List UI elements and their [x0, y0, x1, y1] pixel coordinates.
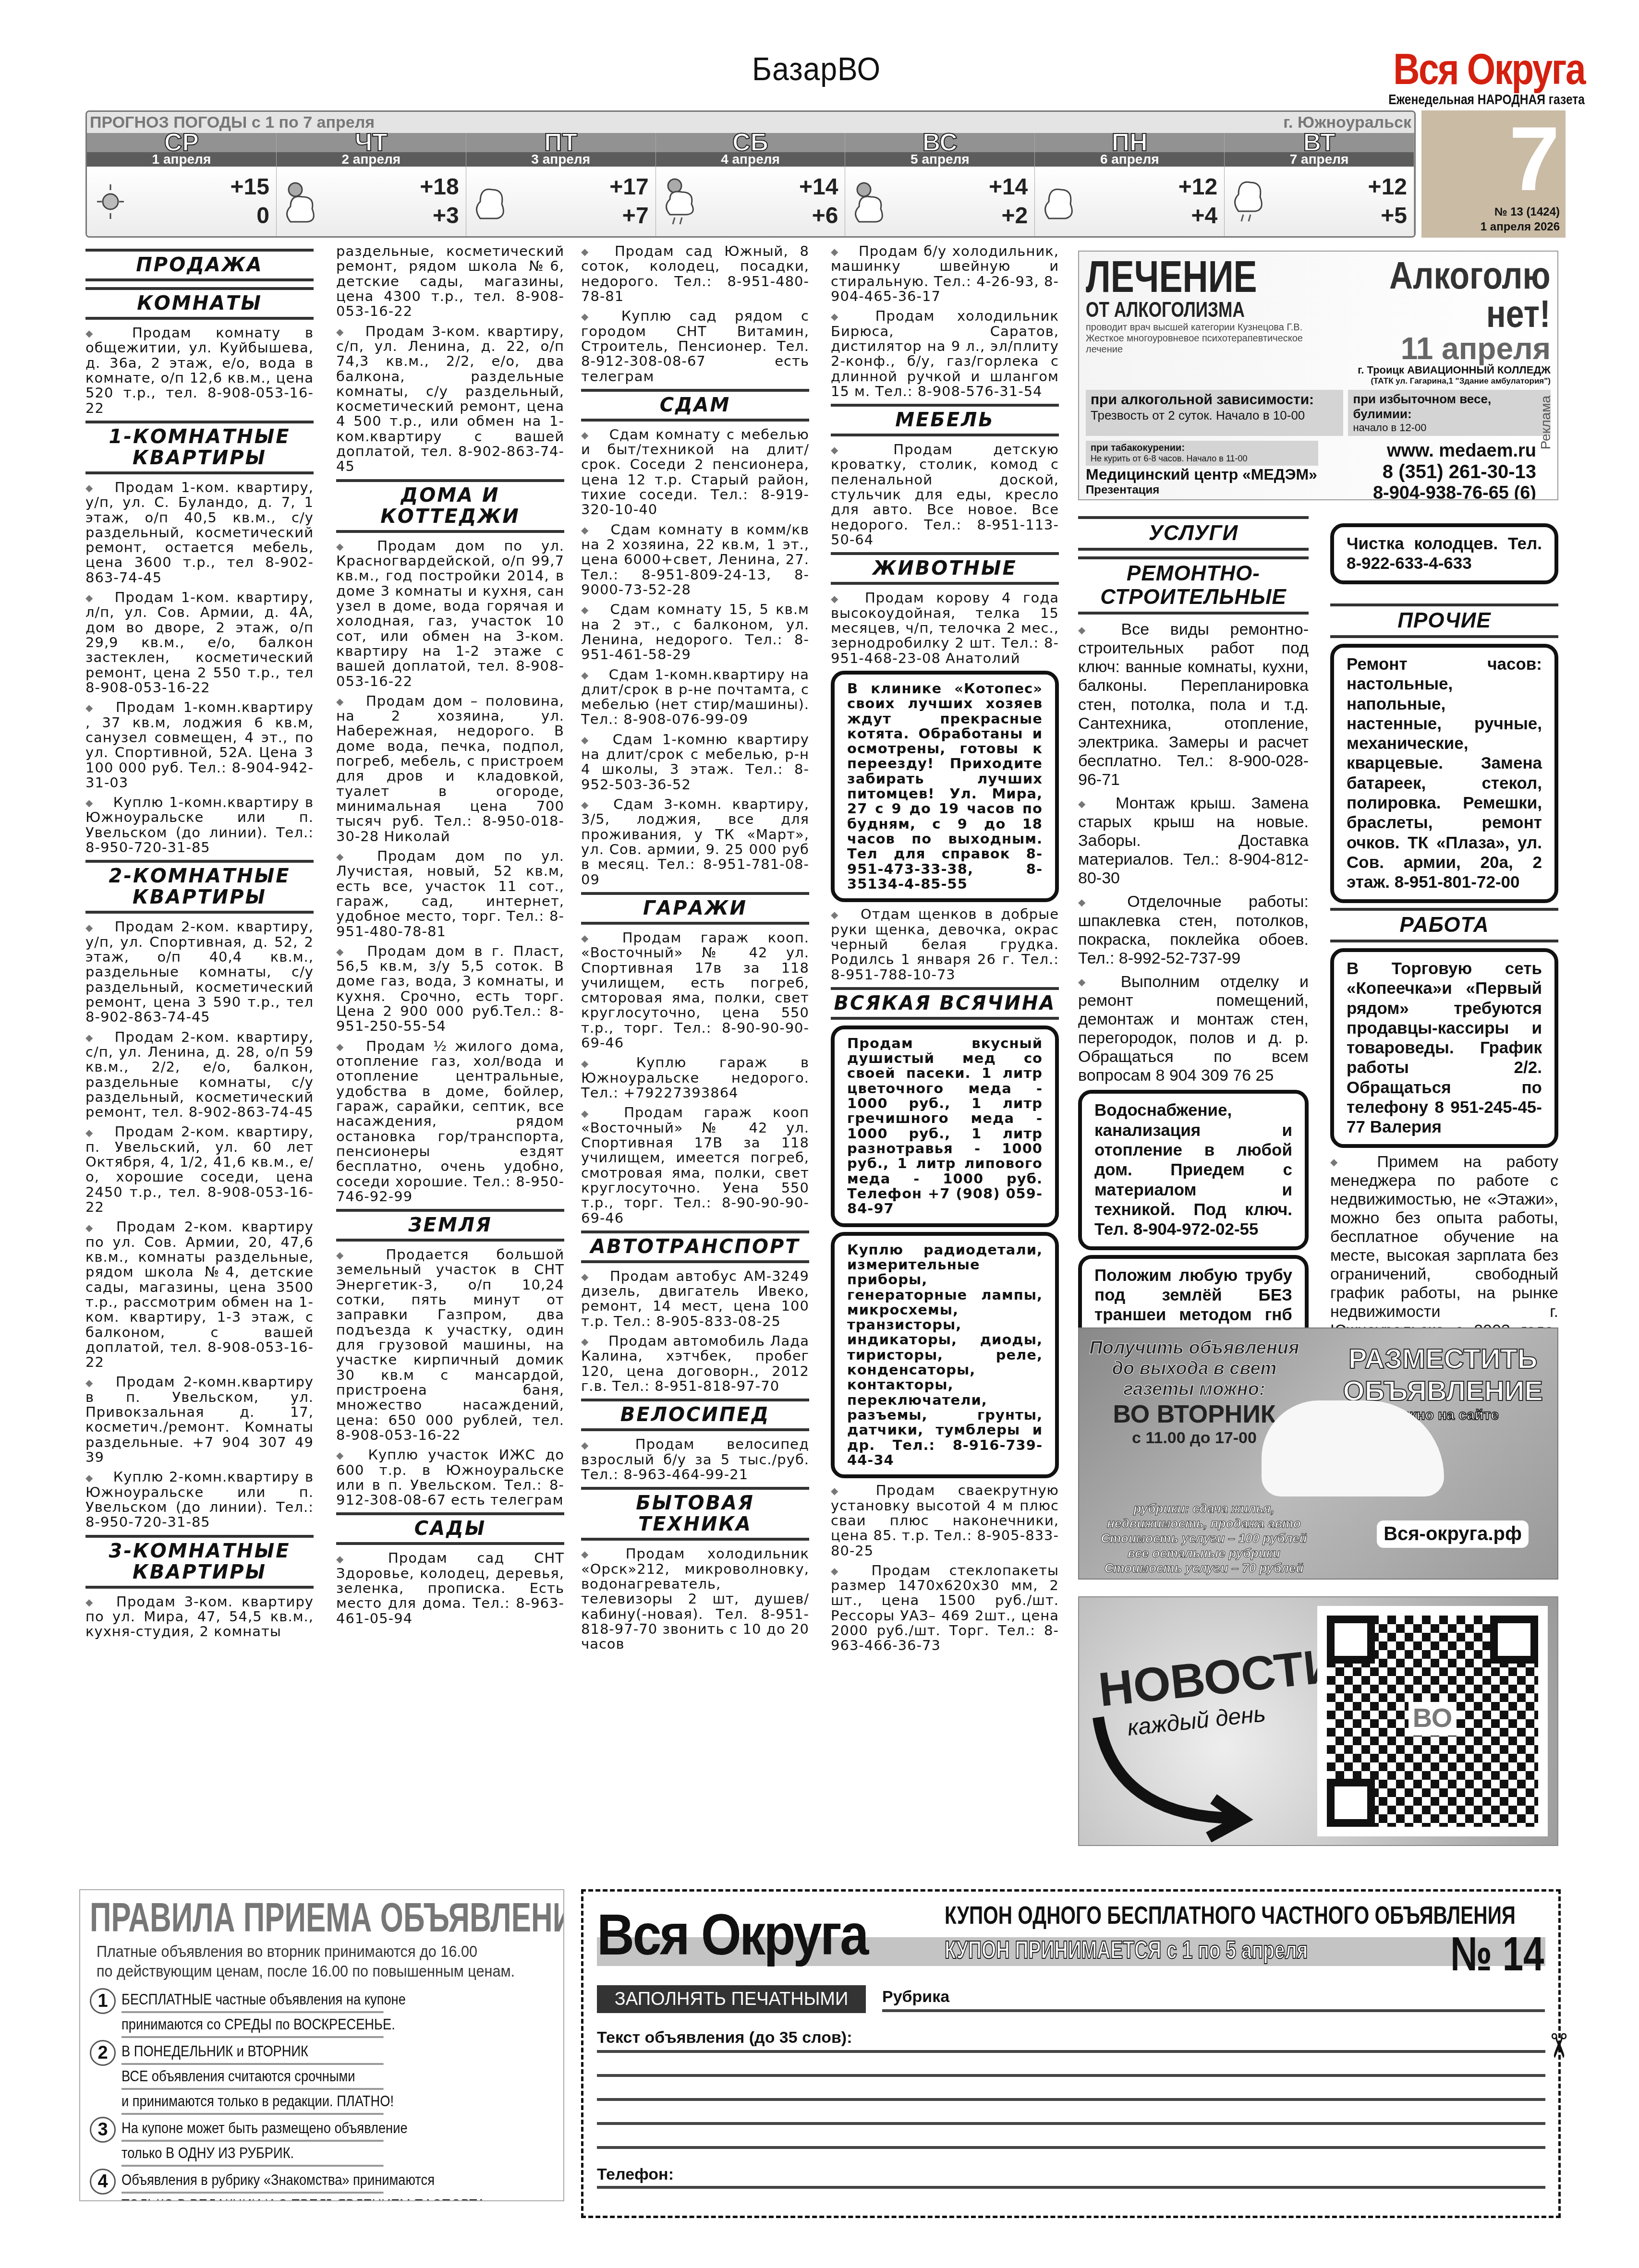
classified-ad: ◆Продам гараж кооп. «Восточный» № 42 ул.…	[581, 930, 809, 1051]
classified-ad: ◆Выполним отделку и ремонт помещений, де…	[1078, 973, 1309, 1086]
ad-slogan: Алкоголю нет!	[1361, 256, 1551, 333]
classified-ad: ◆Монтаж крыш. Замена старых крыш на новы…	[1078, 794, 1309, 888]
ad-title: ЛЕЧЕНИЕ	[1086, 256, 1279, 298]
promo-place-1: РАЗМЕСТИТЬ	[1343, 1343, 1543, 1375]
temp-high: +15	[230, 173, 269, 202]
bullet-icon: ◆	[1078, 977, 1102, 988]
bullet-icon: ◆	[85, 327, 113, 339]
sun-cloud-icon	[283, 175, 317, 228]
bullet-icon: ◆	[831, 311, 856, 322]
weather-day: ВС5 апреля+14+2	[845, 133, 1035, 236]
classified-ad: ◆Продам гараж кооп «Восточный» № 42 ул. …	[581, 1105, 809, 1226]
temp-low: +6	[799, 202, 838, 230]
issue-number: № 13 (1424)	[1427, 205, 1560, 219]
weekday: ПН	[1035, 133, 1224, 152]
bullet-icon: ◆	[581, 604, 591, 615]
classified-ad: ◆Продам холодильник Бирюса, Саратов, дис…	[831, 309, 1059, 399]
temp-high: +18	[420, 173, 459, 202]
rubric-repair: РЕМОНТНО-СТРОИТЕЛЬНЫЕ	[1078, 556, 1309, 615]
classified-ad: ◆Продам сваекрутную установку высотой 4 …	[831, 1483, 1059, 1558]
rule-line: и принимаются только в редакции. ПЛАТНО!	[121, 2090, 384, 2115]
weather-day: ВТ7 апреля+12+5	[1225, 133, 1414, 236]
arrow-icon	[1089, 1708, 1262, 1842]
rule-item: 1БЕСПЛАТНЫЕ частные объявления на купоне…	[90, 1988, 554, 2038]
rule-line: Объявления в рубрику «Знакомства» приним…	[121, 2169, 384, 2194]
weather-date: 5 апреля	[845, 152, 1034, 167]
cloud-rain-icon	[1231, 175, 1265, 228]
bullet-icon: ◆	[581, 1336, 589, 1347]
weather-day: ЧТ2 апреля+18+3	[277, 133, 466, 236]
rule-number-icon: 4	[90, 2169, 116, 2195]
classified-ad: ◆Продам 2-ком. квартиру по ул. Сов. Арми…	[85, 1219, 314, 1370]
boxed-ad-honey: Продам вкусный душистый мед со своей пас…	[831, 1025, 1059, 1227]
temp-low: 0	[230, 202, 269, 230]
bullet-icon: ◆	[85, 482, 96, 494]
rubric-other: ПРОЧИЕ	[1330, 603, 1558, 638]
rubric-bicycle: ВЕЛОСИПЕД	[581, 1399, 809, 1431]
rubric-gardens: САДЫ	[336, 1512, 564, 1545]
classified-ad: ◆Продам дом по ул. Лучистая, новый, 52 к…	[336, 849, 564, 939]
bullet-icon: ◆	[831, 444, 874, 456]
promo-price-line: недвижимость, продажа авто	[1089, 1516, 1319, 1531]
boxed-ad-wells: Чистка колодцев. Тел. 8-922-633-4-633	[1330, 523, 1558, 584]
coupon-text-label: Текст объявления (до 35 слов):	[597, 2028, 852, 2047]
promo-price-line: рубрики: сдача жилья,	[1089, 1501, 1319, 1516]
rubric-houses: ДОМА И КОТТЕДЖИ	[336, 479, 564, 533]
weather-day: ПТ3 апреля+17+7	[466, 133, 656, 236]
classified-ad: ◆Продам 2-комн.квартиру в п. Увельском, …	[85, 1375, 314, 1465]
bullet-icon: ◆	[85, 1222, 97, 1233]
bullet-icon: ◆	[336, 1249, 366, 1261]
scissors-icon: ✂	[1539, 2032, 1578, 2060]
rubric-land: ЗЕМЛЯ	[336, 1209, 564, 1242]
classified-ad: ◆Сдам 1-комн.квартиру на длит/срок в р-н…	[581, 667, 809, 727]
classified-ad: ◆Сдам 3-комн. квартиру, 3/5, лоджия, все…	[581, 797, 809, 887]
qr-code[interactable]: ВО	[1317, 1606, 1548, 1836]
classified-ad: ◆Продам холодильник «Орск»212, микроволн…	[581, 1546, 809, 1652]
ad-center: Медицинский центр «МЕДЭМ»	[1086, 466, 1318, 483]
bullet-icon: ◆	[831, 246, 839, 257]
promo-site-link[interactable]: Вся-округа.рф	[1377, 1520, 1529, 1548]
promo-line: газеты можно:	[1089, 1379, 1300, 1400]
bullet-icon: ◆	[85, 702, 97, 713]
bullet-icon: ◆	[581, 524, 592, 536]
classified-ad: ◆Продам б/у холодильник, машинку швейную…	[831, 244, 1059, 304]
ad-doctor: проводит врач высшей категории Кузнецова…	[1086, 322, 1327, 333]
classified-ad: ◆Куплю участок ИЖС до 600 т.р. в Южноура…	[336, 1448, 564, 1508]
boxed-ad-watches: Ремонт часов: настольные, напольные, нас…	[1330, 644, 1558, 903]
sun-cloud-icon	[852, 175, 886, 228]
classified-ad: ◆Продам сад Южный, 8 соток, колодец, пос…	[581, 244, 809, 304]
ad-weight-heading: при избыточном весе, булимии:	[1353, 392, 1546, 422]
classified-ad: ◆Продам автобус АМ-3249 дизель, двигател…	[581, 1269, 809, 1329]
page-number: 7	[1427, 113, 1560, 205]
temp-low: +5	[1368, 202, 1407, 230]
column-1: ПРОДАЖА КОМНАТЫ ◆Продам комнату в общежи…	[85, 244, 314, 1644]
bullet-icon: ◆	[581, 246, 595, 257]
bullet-icon: ◆	[85, 1596, 97, 1608]
classified-ad: ◆Продам комнату в общежитии, ул. Куйбыше…	[85, 326, 314, 416]
classified-ad-continued: раздельные, косметический ремонт, рядом …	[336, 244, 564, 319]
temp-high: +12	[1368, 173, 1407, 202]
boxed-ad-radio: Куплю радиодетали, измерительные приборы…	[831, 1232, 1059, 1479]
promo-banner: Получить объявления до выхода в свет газ…	[1078, 1327, 1558, 1580]
promo-price-line: Стоимость услуги – 100 рублей	[1089, 1531, 1319, 1546]
bullet-icon: ◆	[581, 1058, 617, 1069]
bullet-icon: ◆	[336, 326, 346, 338]
weather-title: ПРОГНОЗ ПОГОДЫ с 1 по 7 апреля	[90, 113, 375, 132]
classified-ad: ◆Отдам щенков в добрые руки щенка, девоч…	[831, 907, 1059, 982]
bullet-icon: ◆	[85, 1127, 96, 1138]
weekday: СБ	[656, 133, 845, 152]
rubric-garages: ГАРАЖИ	[581, 892, 809, 925]
rubric-rent: СДАМ	[581, 389, 809, 422]
cloud-icon	[473, 175, 507, 228]
weekday: ВТ	[1225, 133, 1414, 152]
rule-item: 2В ПОНЕДЕЛЬНИК и ВТОРНИКВСЕ объявления с…	[90, 2040, 554, 2115]
rule-line: принимаются со СРЕДЫ по ВОСКРЕСЕНЬЕ.	[121, 2013, 384, 2038]
bullet-icon: ◆	[581, 1271, 591, 1282]
sun-icon	[94, 175, 127, 228]
bullet-icon: ◆	[1078, 897, 1108, 908]
coupon-phone-field[interactable]: Телефон:	[597, 2165, 1545, 2189]
coupon-text-line[interactable]	[597, 2146, 1545, 2149]
temp-high: +12	[1178, 173, 1217, 202]
coupon-text-line[interactable]	[597, 2050, 1545, 2053]
ad-website-link[interactable]: www. medaem.ru	[1337, 441, 1536, 461]
temp-low: +4	[1178, 202, 1217, 230]
classified-ad: ◆Куплю гараж в Южноуральске недорого. Те…	[581, 1055, 809, 1100]
classified-ad: ◆Продам 3-ком. квартиру, с/п, ул. Ленина…	[336, 324, 564, 474]
bullet-icon: ◆	[831, 593, 846, 604]
rubric-sale: ПРОДАЖА	[85, 249, 314, 281]
weather-forecast: ПРОГНОЗ ПОГОДЫ с 1 по 7 апреля г. Южноур…	[85, 110, 1416, 238]
classified-ad: ◆Продам ½ жилого дома, отопление газ, хо…	[336, 1039, 564, 1204]
weather-city: г. Южноуральск	[1283, 113, 1411, 132]
bullet-icon: ◆	[85, 922, 96, 933]
ad-address: (ТАТК ул. Гагарина,1 "Здание амбулатория…	[1327, 376, 1551, 386]
bullet-icon: ◆	[581, 1439, 616, 1451]
classified-ad: ◆Сдам 1-комню квартиру на длит/срок с ме…	[581, 732, 809, 792]
rule-line: В ПОНЕДЕЛЬНИК и ВТОРНИК	[121, 2040, 384, 2065]
bullet-icon: ◆	[336, 946, 348, 957]
ad-tobacco-heading: при табакокурении:	[1091, 443, 1313, 454]
bullet-icon: ◆	[581, 799, 594, 810]
advert-label: Реклама	[1538, 396, 1554, 449]
news-qr-banner: НОВОСТИ каждый день ВО	[1078, 1596, 1558, 1846]
bullet-icon: ◆	[1078, 799, 1096, 809]
coupon-fill-note: ЗАПОЛНЯТЬ ПЕЧАТНЫМИ БУКВАМИ	[597, 1985, 866, 2013]
bullet-icon: ◆	[85, 1032, 96, 1043]
classified-ad: ◆Продам сад СНТ Здоровье, колодец, дерев…	[336, 1551, 564, 1626]
bullet-icon: ◆	[581, 1108, 605, 1119]
ad-tobacco-text: Не курить от 6-8 часов. Начало в 11-00	[1091, 454, 1313, 464]
weather-date: 2 апреля	[277, 152, 466, 167]
promo-price-line: все остальные рубрики	[1089, 1546, 1319, 1561]
bullet-icon: ◆	[336, 541, 358, 552]
temp-high: +17	[609, 173, 648, 202]
coupon-text-line[interactable]	[597, 2098, 1545, 2101]
classified-ad: ◆Продам автомобиль Лада Калина, хэтчбек,…	[581, 1334, 809, 1394]
free-ad-coupon: Вся Округа КУПОН ОДНОГО БЕСПЛАТНОГО ЧАСТ…	[581, 1889, 1561, 2218]
classified-ad: ◆Продам корову 4 года высокоудойная, тел…	[831, 591, 1059, 666]
qr-label: ВО	[1408, 1702, 1457, 1736]
weekday: СР	[87, 133, 276, 152]
weekday: ПТ	[466, 133, 656, 152]
rules-intro: Платные объявления во вторник принимаютс…	[97, 1942, 508, 1981]
rule-number-icon: 3	[90, 2117, 116, 2143]
rule-item: 3На купоне может быть размещено объявлен…	[90, 2117, 554, 2167]
classified-ad: ◆Куплю 1-комн.квартиру в Южноуральске ил…	[85, 795, 314, 855]
weather-day: СР1 апреля+150	[87, 133, 277, 236]
classified-ad: ◆Продам 1-ком. квартиру, л/п, ул. Сов. А…	[85, 590, 314, 695]
weather-date: 3 апреля	[466, 152, 656, 167]
rule-line: ВСЕ объявления считаются срочными	[121, 2065, 384, 2090]
boxed-ad-water: Водоснабжение, канализация и отопление в…	[1078, 1090, 1309, 1250]
bullet-icon: ◆	[1078, 625, 1102, 636]
coupon-text-line[interactable]	[597, 2122, 1545, 2125]
ad-alc-text: Трезвость от 2 суток. Начало в 10-00	[1091, 408, 1338, 423]
promo-line: до выхода в свет	[1089, 1359, 1300, 1379]
ad-method: Жесткое многоуровневое психотерапевтичес…	[1086, 333, 1327, 355]
medaem-advert: ЛЕЧЕНИЕ ОТ АЛКОГОЛИЗМА проводит врач выс…	[1078, 251, 1558, 500]
column-2: раздельные, косметический ремонт, рядом …	[336, 244, 564, 1631]
bullet-icon: ◆	[336, 1041, 347, 1052]
ad-rules-box: ПРАВИЛА ПРИЕМА ОБЪЯВЛЕНИЙ: Платные объяв…	[79, 1889, 564, 2201]
coupon-accepted: КУПОН ПРИНИМАЕТСЯ с 1 по 5 апреля	[945, 1936, 1308, 1965]
coupon-title: КУПОН ОДНОГО БЕСПЛАТНОГО ЧАСТНОГО ОБЪЯВЛ…	[945, 1901, 1516, 1930]
classified-ad: ◆Продам 3-ком. квартиру по ул. Мира, 47,…	[85, 1594, 314, 1640]
issue-info: 7 № 13 (1424) 1 апреля 2026	[1421, 110, 1566, 238]
temp-low: +7	[609, 202, 648, 230]
rubric-3-room: 3-КОМНАТНЫЕ КВАРТИРЫ	[85, 1535, 314, 1589]
column-6: Чистка колодцев. Тел. 8-922-633-4-633 ПР…	[1330, 519, 1558, 1364]
ad-date: 11 апреля	[1327, 333, 1551, 364]
weather-date: 7 апреля	[1225, 152, 1414, 167]
rule-number-icon: 2	[90, 2040, 116, 2066]
bullet-icon: ◆	[581, 429, 590, 441]
classified-ad: ◆Сдам комнату с мебелью и быт/техникой н…	[581, 427, 809, 518]
promo-line: Получить объявления	[1089, 1338, 1300, 1359]
bullet-icon: ◆	[581, 669, 590, 681]
rubric-work: РАБОТА	[1330, 908, 1558, 942]
temp-high: +14	[799, 173, 838, 202]
rubric-services: УСЛУГИ	[1078, 516, 1309, 551]
classified-ad: ◆Продам дом в г. Пласт, 56,5 кв.м, з/у 5…	[336, 944, 564, 1034]
rubric-furniture: МЕБЕЛЬ	[831, 404, 1059, 436]
temp-low: +3	[420, 202, 459, 230]
ad-phone-2: 8-904-938-76-65 (6)	[1337, 483, 1536, 500]
classified-ad: ◆Отделочные работы: шпаклевка стен, пото…	[1078, 893, 1309, 967]
rubric-auto: АВТОТРАНСПОРТ	[581, 1231, 809, 1263]
classified-ad: ◆Куплю 2-комн.квартиру в Южноуральске ил…	[85, 1470, 314, 1530]
issue-date: 1 апреля 2026	[1427, 219, 1560, 234]
classified-ad: ◆Продам 2-ком. квартиру, с/п, ул. Ленина…	[85, 1030, 314, 1120]
weather-day: ПН6 апреля+12+4	[1035, 133, 1225, 236]
classified-ad: ◆Продам 1-комн.квартиру , 37 кв.м, лоджи…	[85, 700, 314, 790]
ad-place: г. Троицк АВИАЦИОННЫЙ КОЛЛЕДЖ	[1327, 364, 1551, 376]
classified-ad: ◆Сдам комнату 15, 5 кв.м на 2 эт., с бал…	[581, 602, 809, 662]
temp-low: +2	[989, 202, 1028, 230]
temp-high: +14	[989, 173, 1028, 202]
classified-ad: ◆Куплю сад рядом с городом СНТ Витамин, …	[581, 309, 809, 384]
weather-date: 6 апреля	[1035, 152, 1224, 167]
bullet-icon: ◆	[336, 696, 347, 707]
classified-ad: ◆Продается большой земельный участок в С…	[336, 1247, 564, 1443]
rule-line: БЕСПЛАТНЫЕ частные объявления на купоне	[121, 1988, 384, 2013]
rubric-1-room: 1-КОМНАТНЫЕ КВАРТИРЫ	[85, 421, 314, 474]
bullet-icon: ◆	[336, 1553, 369, 1565]
column-3: ◆Продам сад Южный, 8 соток, колодец, пос…	[581, 244, 809, 1656]
bullet-icon: ◆	[831, 909, 841, 920]
rubric-rooms: КОМНАТЫ	[85, 287, 314, 320]
coupon-number: № 14	[1450, 1930, 1544, 1978]
logo-tagline: Еженедельная НАРОДНАЯ газета	[1364, 91, 1585, 109]
coupon-text-line[interactable]	[597, 2074, 1545, 2077]
classified-ad: ◆Все виды ремонтно-строительных работ по…	[1078, 620, 1309, 789]
classified-ad: ◆Продам детскую кроватку, столик, комод …	[831, 442, 1059, 547]
ad-phone-1: 8 (351) 261-30-13	[1337, 461, 1536, 483]
sun-cloud-rain-icon	[663, 175, 696, 228]
classified-ad: ◆Сдам комнату в комм/кв на 2 хозяина, 22…	[581, 522, 809, 598]
classified-ad: ◆Продам 2-ком. квартиру, п. Увельский, у…	[85, 1124, 314, 1215]
bullet-icon: ◆	[85, 797, 94, 808]
rubric-appliances: БЫТОВАЯ ТЕХНИКА	[581, 1487, 809, 1541]
weekday: ЧТ	[277, 133, 466, 152]
rules-title: ПРАВИЛА ПРИЕМА ОБЪЯВЛЕНИЙ:	[90, 1897, 424, 1938]
bullet-icon: ◆	[831, 1565, 852, 1577]
logo-name: Вся Округа	[1393, 48, 1585, 91]
classified-ad: ◆Продам дом по ул. Красногвардейской, о/…	[336, 539, 564, 689]
bullet-icon: ◆	[581, 932, 603, 944]
ad-weight-text: начало в 12-00	[1353, 422, 1546, 434]
bullet-icon: ◆	[581, 1548, 607, 1560]
boxed-ad-kotopes: В клинике «Котопес» своих лучших хозяев …	[831, 671, 1059, 902]
weather-date: 4 апреля	[656, 152, 845, 167]
rule-number-icon: 1	[90, 1988, 116, 2014]
column-4: ◆Продам б/у холодильник, машинку швейную…	[831, 244, 1059, 1658]
bullet-icon: ◆	[336, 1449, 349, 1461]
promo-price-line: Стоимость услуги – 70 рублей	[1089, 1561, 1319, 1576]
bullet-icon: ◆	[831, 1485, 857, 1496]
rubric-animals: ЖИВОТНЫЕ	[831, 552, 1059, 585]
weather-date: 1 апреля	[87, 152, 276, 167]
rule-item: 4Объявления в рубрику «Знакомства» прини…	[90, 2169, 554, 2201]
coupon-logo: Вся Округа	[597, 1906, 867, 1964]
ad-presentation: Презентация	[1086, 483, 1318, 497]
bullet-icon: ◆	[1330, 1157, 1358, 1168]
rule-line: только В ОДНУ ИЗ РУБРИК.	[121, 2142, 384, 2167]
bullet-icon: ◆	[581, 311, 602, 322]
boxed-ad-kopeechka: В Торговую сеть «Копеечка»и «Первый рядо…	[1330, 948, 1558, 1148]
promo-day: ВО ВТОРНИК	[1089, 1400, 1300, 1429]
newspaper-logo: Вся Округа Еженедельная НАРОДНАЯ газета	[1316, 48, 1585, 109]
classified-ad: ◆Продам велосипед взрослый б/у за 5 тыс.…	[581, 1437, 809, 1482]
classified-ad: ◆Продам дом – половина, на 2 хозяина, ул…	[336, 694, 564, 844]
ad-alc-heading: при алкогольной зависимости:	[1091, 392, 1338, 408]
weekday: ВС	[845, 133, 1034, 152]
classified-ad: ◆Продам 2-ком. квартиру, у/п, ул. Спорти…	[85, 919, 314, 1025]
column-5: УСЛУГИ РЕМОНТНО-СТРОИТЕЛЬНЫЕ ◆Все виды р…	[1078, 511, 1309, 1399]
ad-subtitle: ОТ АЛКОГОЛИЗМА	[1086, 298, 1279, 322]
classified-ad: ◆Продам стеклопакеты размер 1470х620х30 …	[831, 1563, 1059, 1653]
cloud-icon	[1042, 175, 1075, 228]
rubric-misc: ВСЯКАЯ ВСЯЧИНА	[831, 987, 1059, 1020]
rule-line: На купоне может быть размещено объявлени…	[121, 2117, 384, 2142]
bullet-icon: ◆	[85, 592, 96, 603]
bullet-icon: ◆	[336, 851, 358, 862]
weather-day: СБ4 апреля+14+6	[656, 133, 846, 236]
classified-ad: ◆Продам 1-ком. квартиру, у/п, ул. С. Бул…	[85, 480, 314, 585]
rule-line: ТОЛЬКО В РЕДАКЦИИ И С ПРЕДЪЯВЛЕНИЕМ ПАСП…	[121, 2194, 384, 2201]
bullet-icon: ◆	[581, 734, 594, 746]
page-title: БазарВО	[640, 50, 993, 88]
bullet-icon: ◆	[85, 1472, 94, 1484]
rubric-2-room: 2-КОМНАТНЫЕ КВАРТИРЫ	[85, 860, 314, 914]
bullet-icon: ◆	[85, 1377, 97, 1388]
coupon-rubric-field[interactable]: Рубрика	[882, 1988, 1545, 2012]
